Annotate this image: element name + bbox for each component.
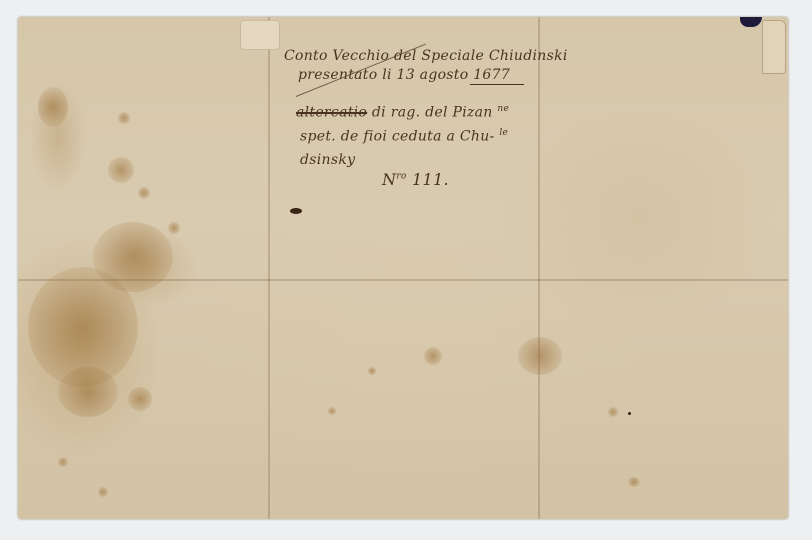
numero-superscript: ro (396, 172, 406, 182)
line4-text: spet. de fioi ceduta a Chu- (300, 129, 495, 145)
stain-spot (138, 187, 150, 199)
handwriting-line-4: spet. de fioi ceduta a Chu- le (300, 128, 508, 145)
fold-line-right (538, 17, 540, 519)
stain-spot (168, 222, 180, 234)
stain-spot (58, 457, 68, 467)
handwriting-line-3: altercatio di rag. del Pizan ne (296, 104, 509, 121)
stain-spot (128, 387, 152, 411)
manuscript-sheet (18, 17, 788, 519)
stain-spot (328, 407, 336, 415)
line4-superscript: le (499, 128, 508, 138)
stain-spot (98, 487, 108, 497)
stain-spot (108, 157, 134, 183)
torn-flap (762, 20, 786, 74)
stain-spot (628, 477, 640, 487)
ink-blot (290, 208, 302, 214)
document-number: 111. (412, 170, 449, 189)
stain-spot (518, 337, 562, 375)
numero-abbrev: N (382, 170, 396, 189)
handwriting-line-5: dsinsky (300, 152, 355, 168)
stain-spot (608, 407, 618, 417)
stain-spot (424, 347, 442, 365)
fold-line-left (268, 17, 270, 519)
paper-repair-patch (240, 20, 280, 50)
stain-spot (38, 87, 68, 127)
line3-superscript: ne (497, 104, 509, 114)
handwriting-line-2: presentato li 13 agosto 1677 (298, 67, 510, 83)
stain-spot (368, 367, 376, 375)
struck-word: altercatio (296, 105, 367, 121)
stain-spot (118, 112, 130, 124)
handwriting-line-6-number: Nro 111. (382, 170, 449, 189)
handwriting-line-1: Conto Vecchio del Speciale Chiudinski (284, 48, 568, 64)
line3-text: di rag. del Pizan (372, 105, 493, 121)
stain-spot (58, 367, 118, 417)
ink-blot (628, 412, 631, 415)
date-underline (470, 84, 524, 85)
